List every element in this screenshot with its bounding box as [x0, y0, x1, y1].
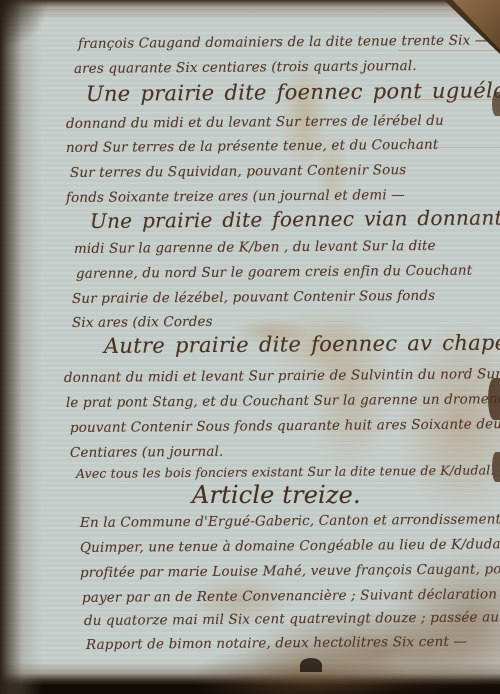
manuscript-line: profitée par marie Louise Mahé, veuve fr… — [80, 561, 500, 581]
manuscript-line: Sur prairie de lézébel, pouvant Contenir… — [72, 288, 435, 307]
prairie-heading: Autre prairie dite foennec av chapel, — [104, 330, 500, 358]
manuscript-line: En la Commune d'Ergué-Gaberic, Canton et… — [80, 511, 500, 531]
manuscript-line: payer par an de Rente Convenancière ; Su… — [82, 586, 497, 606]
photograph-background: françois Caugand domainiers de la dite t… — [0, 0, 500, 694]
manuscript-line: midi Sur la garenne de K/ben , du levant… — [74, 238, 436, 257]
manuscript-line: Sur terres du Squividan, pouvant Conteni… — [70, 162, 407, 181]
edge-tear — [488, 378, 500, 420]
prairie-heading: Une prairie dite foennec vian donnant du — [90, 205, 500, 233]
manuscript-line: garenne, du nord Sur le goarem creis enf… — [76, 263, 473, 282]
article-heading: Article treize. — [192, 481, 361, 509]
faint-ruling-line — [398, 50, 500, 51]
manuscript-page: françois Caugand domainiers de la dite t… — [0, 0, 500, 694]
edge-tear — [492, 92, 500, 116]
manuscript-line: fonds Soixante treize ares (un journal e… — [66, 187, 405, 206]
manuscript-line: pouvant Contenir Sous fonds quarante hui… — [70, 416, 500, 436]
edge-tear — [492, 452, 500, 482]
manuscript-line: Avec tous les bois fonciers existant Sur… — [76, 462, 495, 481]
manuscript-line: Rapport de bimon notaire, deux hectolitr… — [86, 634, 467, 653]
manuscript-line: du quatorze mai mil Six cent quatrevingt… — [84, 609, 499, 629]
manuscript-line: Six ares (dix Cordes — [72, 314, 213, 331]
manuscript-line: donnand du midi et du levant Sur terres … — [66, 113, 444, 132]
manuscript-line: Centiares (un journal. — [70, 444, 224, 461]
manuscript-line: donnant du midi et levant Sur prairie de… — [64, 366, 500, 386]
manuscript-line: Quimper, une tenue à domaine Congéable a… — [80, 536, 500, 556]
prairie-heading: Une prairie dite foennec pont uguélou, — [86, 78, 500, 106]
manuscript-line: nord Sur terres de la présente tenue, et… — [66, 137, 439, 156]
bottom-edge-notch — [300, 658, 322, 672]
manuscript-line: le prat pont Stang, et du Couchant Sur l… — [66, 391, 500, 411]
manuscript-line: ares quarante Six centiares (trois quart… — [74, 58, 417, 77]
